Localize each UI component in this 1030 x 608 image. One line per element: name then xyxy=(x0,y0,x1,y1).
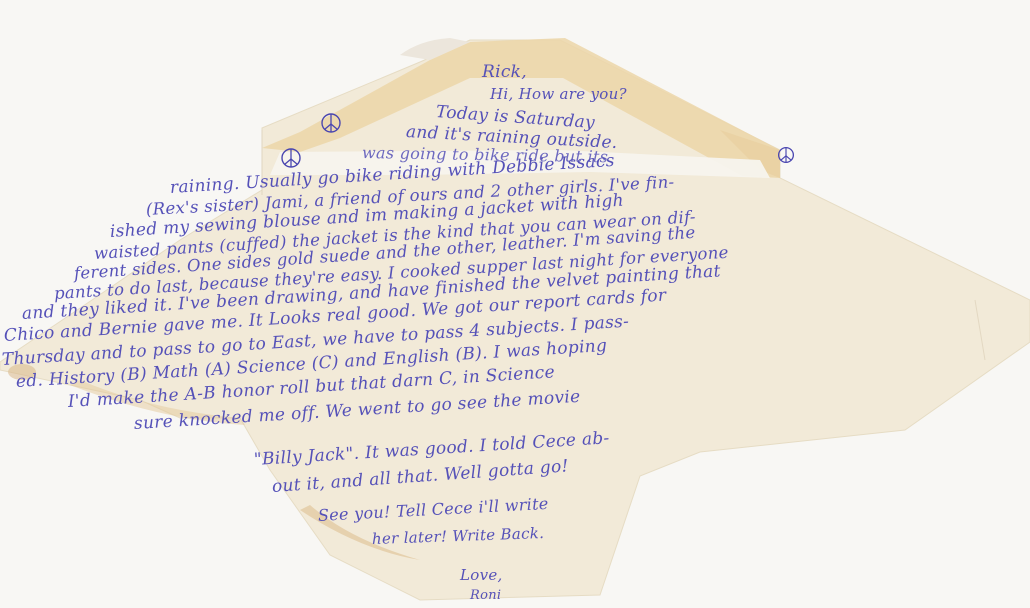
salutation: Rick, xyxy=(482,62,527,82)
letter-line: Hi, How are you? xyxy=(490,85,627,103)
letter-signature: Roni xyxy=(470,588,501,603)
peace-sign-icon xyxy=(320,112,342,134)
peace-sign-icon xyxy=(777,146,795,164)
letter-closing: Love, xyxy=(460,566,503,584)
letter-scan: Rick, Hi, How are you? Today is Saturday… xyxy=(0,0,1030,608)
peace-sign-icon xyxy=(280,147,302,169)
